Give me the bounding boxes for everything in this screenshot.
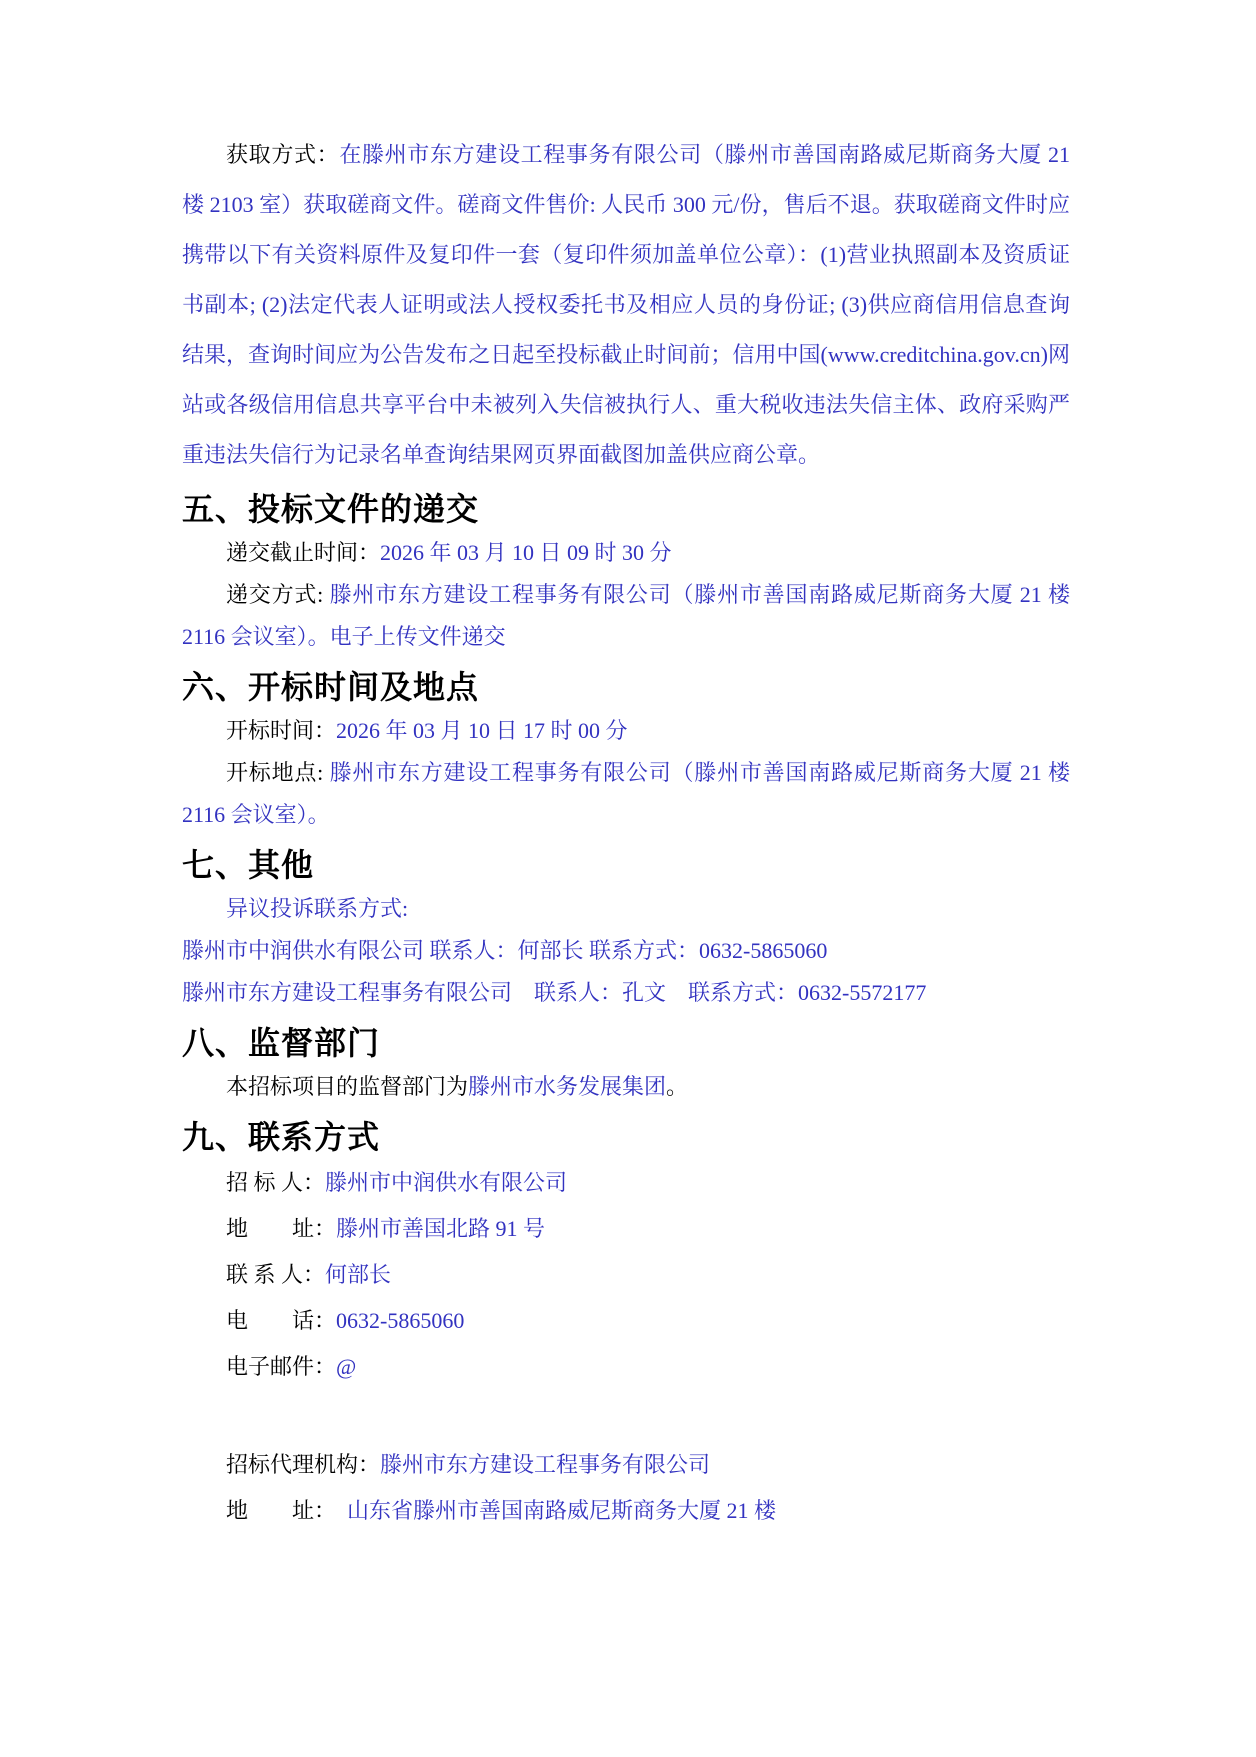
para-submission-method: 递交方式: 滕州市东方建设工程事务有限公司（滕州市善国南路威尼斯商务大厦 21 … xyxy=(182,574,1070,658)
para-complaint-contact-2: 滕州市东方建设工程事务有限公司 联系人：孔文 联系方式：0632-5572177 xyxy=(182,972,1070,1014)
para-agency: 招标代理机构：滕州市东方建设工程事务有限公司 xyxy=(182,1442,1070,1488)
para-tenderer-email: 电子邮件：@ xyxy=(182,1344,1070,1390)
text-segment: 招 标 人： xyxy=(226,1170,325,1195)
text-segment: 递交方式: xyxy=(226,582,330,607)
text-segment: 地 址： xyxy=(226,1216,336,1241)
heading-section-8-supervision: 八、监督部门 xyxy=(182,1020,1070,1066)
text-segment: 滕州市东方建设工程事务有限公司 xyxy=(380,1452,710,1477)
para-opening-place: 开标地点: 滕州市东方建设工程事务有限公司（滕州市善国南路威尼斯商务大厦 21 … xyxy=(182,752,1070,836)
text-segment: 何部长 xyxy=(325,1262,391,1287)
document-page: 获取方式：在滕州市东方建设工程事务有限公司（滕州市善国南路威尼斯商务大厦 21 … xyxy=(0,0,1256,1757)
para-tenderer-phone: 电 话：0632-5865060 xyxy=(182,1298,1070,1344)
para-tenderer-contact-person: 联 系 人：何部长 xyxy=(182,1252,1070,1298)
text-segment: 滕州市水务发展集团 xyxy=(468,1074,666,1099)
para-submission-deadline: 递交截止时间：2026 年 03 月 10 日 09 时 30 分 xyxy=(182,532,1070,574)
text-segment: 滕州市中润供水有限公司 联系人：何部长 联系方式：0632-5865060 xyxy=(182,938,827,963)
text-segment: 电子邮件： xyxy=(226,1354,336,1379)
para-agency-address: 地 址： 山东省滕州市善国南路威尼斯商务大厦 21 楼 xyxy=(182,1488,1070,1534)
text-segment: 2026 年 03 月 10 日 09 时 30 分 xyxy=(380,540,672,565)
text-segment: 滕州市东方建设工程事务有限公司 联系人：孔文 联系方式：0632-5572177 xyxy=(182,980,926,1005)
para-complaint-contact-title: 异议投诉联系方式: xyxy=(182,888,1070,930)
text-segment: 异议投诉联系方式: xyxy=(226,896,408,921)
heading-section-9-contact: 九、联系方式 xyxy=(182,1114,1070,1160)
para-tenderer-address: 地 址：滕州市善国北路 91 号 xyxy=(182,1206,1070,1252)
text-segment: 滕州市中润供水有限公司 xyxy=(325,1170,567,1195)
heading-section-7-others: 七、其他 xyxy=(182,842,1070,888)
text-segment: 。 xyxy=(666,1074,688,1099)
text-segment: 招标代理机构： xyxy=(226,1452,380,1477)
heading-section-6-bid-opening: 六、开标时间及地点 xyxy=(182,664,1070,710)
document-body: 获取方式：在滕州市东方建设工程事务有限公司（滕州市善国南路威尼斯商务大厦 21 … xyxy=(0,0,1256,1534)
text-segment: 2026 年 03 月 10 日 17 时 00 分 xyxy=(336,718,628,743)
text-segment: 山东省滕州市善国南路威尼斯商务大厦 21 楼 xyxy=(347,1498,776,1523)
heading-section-5-bid-submission: 五、投标文件的递交 xyxy=(182,486,1070,532)
para-complaint-contact-1: 滕州市中润供水有限公司 联系人：何部长 联系方式：0632-5865060 xyxy=(182,930,1070,972)
text-segment: 开标时间： xyxy=(226,718,336,743)
text-segment: 电 话： xyxy=(226,1308,336,1333)
text-segment: 地 址： xyxy=(226,1498,347,1523)
creditchina-url: (www.creditchina.gov.cn) xyxy=(821,342,1048,367)
text-segment: 本招标项目的监督部门为 xyxy=(226,1074,468,1099)
text-segment: 递交截止时间： xyxy=(226,540,380,565)
para-document-acquisition: 获取方式：在滕州市东方建设工程事务有限公司（滕州市善国南路威尼斯商务大厦 21 … xyxy=(182,130,1070,480)
para-supervision-dept: 本招标项目的监督部门为滕州市水务发展集团。 xyxy=(182,1066,1070,1108)
text-segment: 获取方式： xyxy=(226,142,339,167)
text-segment: @ xyxy=(336,1354,356,1379)
text-segment: 滕州市善国北路 91 号 xyxy=(336,1216,545,1241)
text-segment: 在滕州市东方建设工程事务有限公司（滕州市善国南路威尼斯商务大厦 21 楼 210… xyxy=(182,142,1070,367)
blank-gap xyxy=(182,1390,1070,1442)
para-tenderer: 招 标 人：滕州市中润供水有限公司 xyxy=(182,1160,1070,1206)
text-segment: 开标地点: xyxy=(226,760,330,785)
para-opening-time: 开标时间：2026 年 03 月 10 日 17 时 00 分 xyxy=(182,710,1070,752)
text-segment: 联 系 人： xyxy=(226,1262,325,1287)
text-segment: 0632-5865060 xyxy=(336,1308,464,1333)
